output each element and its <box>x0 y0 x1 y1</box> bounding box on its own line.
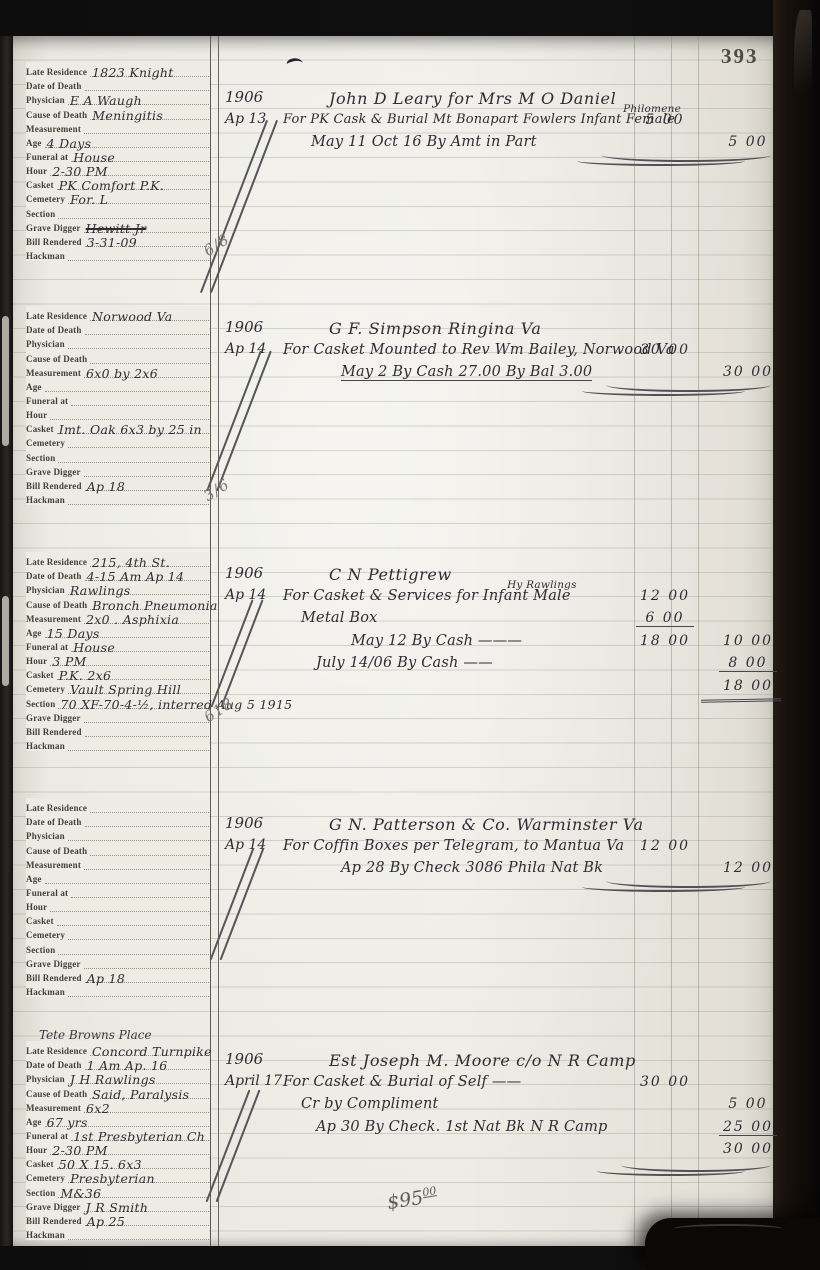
entry-line: 1906G N. Patterson & Co. Warminster Va <box>221 812 773 835</box>
ditto-slash-mark-4 <box>225 844 255 964</box>
dotted-leader <box>57 911 209 926</box>
form-field: Casket <box>26 912 209 926</box>
form-field: CemeteryFor. L <box>26 190 209 204</box>
dotted-leader: 1 Am Ap. 16 <box>85 1055 209 1070</box>
dotted-leader <box>58 447 209 462</box>
dotted-leader: J R Smith <box>84 1197 209 1212</box>
entry-date: 1906 <box>225 88 263 106</box>
dotted-leader <box>68 246 209 261</box>
field-label: Grave Digger <box>26 713 84 723</box>
amount-charge: 12 00 <box>636 838 694 854</box>
entry-line: 18 00 <box>221 675 773 698</box>
field-label: Grave Digger <box>26 959 84 969</box>
dotted-leader: PK Comfort P.K. <box>57 175 209 190</box>
form-field: CemeteryVault Spring Hill <box>26 680 209 694</box>
amount-charge: 30 00 <box>636 342 694 358</box>
field-label: Hackman <box>26 1230 68 1240</box>
form-field: Grave DiggerJ R Smith <box>26 1198 209 1212</box>
field-label: Hackman <box>26 495 68 505</box>
entry-text: For PK Cask & Burial Mt Bonapart Fowlers… <box>283 112 675 127</box>
form-field: CasketP.K. 2x6 <box>26 666 209 680</box>
dotted-leader <box>85 320 209 335</box>
form-field: Cemetery <box>26 926 209 940</box>
dotted-leader: Imt. Oak 6x3 by 25 in <box>57 419 209 434</box>
entry-text-main: For Casket Mounted to Rev Wm Bailey, Nor… <box>283 342 675 358</box>
dotted-leader: Rawlings <box>68 580 209 595</box>
form-field: PhysicianE A Waugh <box>26 91 209 105</box>
form-field: Casket50 X 15. 6x3 <box>26 1155 209 1169</box>
form-field: Cemetery <box>26 434 209 448</box>
dotted-leader: Ap 18 <box>85 968 209 983</box>
dotted-leader <box>85 76 209 91</box>
record-form-5: Late ResidenceConcord TurnpikeDate of De… <box>26 1041 209 1240</box>
amount-payment: 8 00 <box>719 655 777 672</box>
entry-text-main: May 2 By Cash 27.00 By Bal 3.00 <box>341 364 592 380</box>
form-field: Bill RenderedAp 18 <box>26 477 209 491</box>
dotted-leader: 1823 Knight <box>90 62 209 77</box>
ledger-entries-5: 1906Est Joseph M. Moore c/o N R CampApri… <box>221 1048 773 1161</box>
dotted-leader: Vault Spring Hill <box>68 679 209 694</box>
dotted-leader: E A Waugh <box>68 90 209 105</box>
form-field: Grave Digger <box>26 955 209 969</box>
form-field: Hour3 PM <box>26 652 209 666</box>
entry-text-main: Ap 30 By Check. 1st Nat Bk N R Camp <box>316 1119 608 1135</box>
field-label: Cause of Death <box>26 600 90 610</box>
field-label: Age <box>26 874 45 884</box>
dotted-leader: Norwood Va <box>90 306 209 321</box>
amount-charge: 18 00 <box>636 633 694 649</box>
form-field: Grave Digger <box>26 709 209 723</box>
field-label: Age <box>26 628 45 638</box>
dotted-leader <box>90 798 209 813</box>
dotted-leader <box>58 203 209 218</box>
form-field: Bill Rendered3-31-09 <box>26 233 209 247</box>
dotted-leader <box>84 119 209 134</box>
entry-date: 1906 <box>225 318 263 336</box>
form-field: Cause of DeathSaid, Paralysis <box>26 1084 209 1098</box>
entry-text: Metal Box <box>301 610 378 626</box>
entry-superscript: Hy Rawlings <box>507 579 577 591</box>
field-label: Late Residence <box>26 557 90 567</box>
entry-text: Cr by Compliment <box>301 1096 439 1112</box>
dotted-leader: 2-30 PM <box>50 1140 209 1155</box>
dotted-leader: 2-30 PM <box>50 161 209 176</box>
dotted-leader <box>68 982 209 997</box>
entry-line: 1906Est Joseph M. Moore c/o N R Camp <box>221 1048 773 1071</box>
field-label: Late Residence <box>26 803 90 813</box>
dotted-leader: House <box>71 147 209 162</box>
entry-text: Ap 28 By Check 3086 Phila Nat Bk <box>341 860 603 876</box>
form-field: Late ResidenceConcord Turnpike <box>26 1042 209 1056</box>
form-field: Measurement <box>26 856 209 870</box>
form-field: Age4 Days <box>26 134 209 148</box>
form-field: Late ResidenceNorwood Va <box>26 307 209 321</box>
dotted-leader <box>71 883 209 898</box>
entry-date: 1906 <box>225 814 263 832</box>
bottom-total-cents: 00 <box>421 1184 437 1199</box>
form-field: Cause of Death <box>26 349 209 363</box>
field-label: Age <box>26 1117 45 1127</box>
entry-text: For Casket Mounted to Rev Wm Bailey, Nor… <box>283 342 675 358</box>
entry-text-main: July 14/06 By Cash —— <box>316 655 493 671</box>
dotted-leader: 67 yrs <box>45 1112 209 1127</box>
form-field: Funeral atHouse <box>26 148 209 162</box>
entry-text: July 14/06 By Cash —— <box>316 655 493 671</box>
entry-line: July 14/06 By Cash ——8 00 <box>221 652 773 675</box>
dotted-leader: For. L <box>68 189 209 204</box>
entry-line: April 17For Casket & Burial of Self ——30… <box>221 1071 773 1094</box>
dotted-leader: Ap 25 <box>85 1211 209 1226</box>
ditto-slash-mark-3 <box>225 596 255 711</box>
entry-text: May 12 By Cash ——— <box>351 633 522 649</box>
ledger-page: 393 Late Residence1823 KnightDate of Dea… <box>11 36 773 1246</box>
form-field: Bill RenderedAp 25 <box>26 1212 209 1226</box>
field-label: Casket <box>26 1159 57 1169</box>
left-binding-edge <box>0 36 13 1246</box>
field-label: Hackman <box>26 251 68 261</box>
total-scribble-underline <box>701 693 781 702</box>
record-form-2: Late ResidenceNorwood VaDate of DeathPhy… <box>26 306 209 505</box>
form-field: Date of Death4-15 Am Ap 14 <box>26 567 209 581</box>
dotted-leader: Presbyterian <box>68 1168 209 1183</box>
ditto-slash-mark-1 <box>227 114 257 299</box>
entry-text-main: Ap 28 By Check 3086 Phila Nat Bk <box>341 860 603 876</box>
form-field: Physician <box>26 335 209 349</box>
ditto-slash-mark-5 <box>221 1086 251 1206</box>
field-label: Grave Digger <box>26 1202 84 1212</box>
dotted-leader: 215, 4th St. <box>90 552 209 567</box>
entry-line: Ap 14For Casket Mounted to Rev Wm Bailey… <box>221 339 773 362</box>
form-field: Section <box>26 940 209 954</box>
form-field: Hackman <box>26 737 209 751</box>
field-label: Grave Digger <box>26 223 84 233</box>
form-field: Section70 XF-70-4-½, interred Aug 5 1915 <box>26 694 209 708</box>
pen-underline-flourish-2 <box>606 378 771 392</box>
dotted-leader <box>71 391 209 406</box>
entry-text-main: Metal Box <box>301 610 378 626</box>
amount-payment: 5 00 <box>719 134 777 150</box>
form-field: Funeral at <box>26 392 209 406</box>
dotted-leader: 2x0 . Asphixia <box>84 609 209 624</box>
amount-payment: 12 00 <box>719 860 777 876</box>
form-field: Grave DiggerHewitt Jr <box>26 219 209 233</box>
residence-pre-line: Tete Browns Place <box>39 1028 152 1042</box>
dotted-leader: 3 PM <box>50 651 209 666</box>
dotted-leader <box>58 939 209 954</box>
field-label: Section <box>26 209 58 219</box>
form-field: Hour2-30 PM <box>26 1141 209 1155</box>
field-label: Physician <box>26 1074 68 1084</box>
field-label: Age <box>26 382 45 392</box>
amount-payment: 25 00 <box>719 1119 777 1136</box>
field-label: Casket <box>26 916 57 926</box>
entry-text: G F. Simpson Ringina Va <box>329 319 542 338</box>
entry-line: May 12 By Cash ———18 0010 00 <box>221 630 773 653</box>
form-field: Hour <box>26 898 209 912</box>
form-field: Date of Death <box>26 813 209 827</box>
amount-payment: 30 00 <box>719 1141 777 1157</box>
ditto-slash-mark-2 <box>227 346 257 496</box>
dotted-leader <box>45 377 209 392</box>
form-field: Cause of DeathMeningitis <box>26 105 209 119</box>
entry-text-main: G N. Patterson & Co. Warminster Va <box>329 815 644 834</box>
dotted-leader <box>90 348 209 363</box>
entry-line: 1906G F. Simpson Ringina Va <box>221 316 773 339</box>
entry-text-main: Est Joseph M. Moore c/o N R Camp <box>329 1051 636 1070</box>
form-field: Hackman <box>26 983 209 997</box>
entry-text-main: For Coffin Boxes per Telegram, to Mantua… <box>283 838 624 854</box>
field-label: Late Residence <box>26 1046 90 1056</box>
form-field: Hour2-30 PM <box>26 162 209 176</box>
dotted-leader: J H Rawlings <box>68 1069 209 1084</box>
form-field: Hackman <box>26 1226 209 1240</box>
dotted-leader <box>68 736 209 751</box>
form-field: CasketImt. Oak 6x3 by 25 in <box>26 420 209 434</box>
dotted-leader: 70 XF-70-4-½, interred Aug 5 1915 <box>58 693 209 708</box>
amount-charge: 30 00 <box>636 1074 694 1090</box>
form-column-double-rule <box>210 36 219 1246</box>
form-field: Date of Death <box>26 321 209 335</box>
pen-underline-flourish-4 <box>606 874 771 888</box>
entry-line: Ap 30 By Check. 1st Nat Bk N R Camp25 00 <box>221 1116 773 1139</box>
dotted-leader: Ap 18 <box>85 476 209 491</box>
entry-line: Ap 13For PK Cask & Burial Mt Bonapart Fo… <box>221 109 773 132</box>
dotted-leader <box>50 897 209 912</box>
dotted-leader <box>68 925 209 940</box>
dotted-leader <box>84 954 209 969</box>
field-label: Age <box>26 138 45 148</box>
field-label: Grave Digger <box>26 467 84 477</box>
dotted-leader <box>90 840 209 855</box>
page-number: 393 <box>721 44 759 69</box>
form-field: Hackman <box>26 491 209 505</box>
record-form-3: Late Residence215, 4th St.Date of Death4… <box>26 552 209 751</box>
record-form-1: Late Residence1823 KnightDate of DeathPh… <box>26 62 209 261</box>
form-field: Measurement2x0 . Asphixia <box>26 610 209 624</box>
entry-text-main: May 11 Oct 16 By Amt in Part <box>311 134 537 150</box>
field-label: Hour <box>26 656 50 666</box>
entry-text-main: John D Leary for Mrs M O Daniel <box>329 89 616 108</box>
amount-payment: 5 00 <box>719 1096 777 1112</box>
entry-line: Ap 14For Coffin Boxes per Telegram, to M… <box>221 835 773 858</box>
field-label: Casket <box>26 424 57 434</box>
form-field: Cause of DeathBronch Pneumonia <box>26 595 209 609</box>
dotted-leader: 15 Days <box>45 623 209 638</box>
entry-text-main: May 12 By Cash ——— <box>351 633 522 649</box>
form-field: Age15 Days <box>26 624 209 638</box>
dotted-leader: Hewitt Jr <box>84 218 209 233</box>
field-label: Section <box>26 453 58 463</box>
field-label: Hour <box>26 1145 50 1155</box>
entry-text-main: For Casket & Burial of Self —— <box>283 1074 521 1090</box>
ledger-entries-2: 1906G F. Simpson Ringina VaAp 14For Cask… <box>221 316 773 384</box>
dotted-leader <box>68 490 209 505</box>
book-spine-edge <box>773 0 820 1270</box>
form-field: Hackman <box>26 247 209 261</box>
form-field: Grave Digger <box>26 463 209 477</box>
entry-text: Ap 30 By Check. 1st Nat Bk N R Camp <box>316 1119 608 1135</box>
amount-payment: 18 00 <box>719 678 777 694</box>
field-label: Cause of Death <box>26 1089 90 1099</box>
field-label: Physician <box>26 95 68 105</box>
entry-text-main: Cr by Compliment <box>301 1096 439 1112</box>
field-label: Late Residence <box>26 311 90 321</box>
form-field: Age <box>26 870 209 884</box>
dotted-leader <box>68 1225 209 1240</box>
field-label: Section <box>26 945 58 955</box>
entry-text: For Casket & Services for Infant MaleHy … <box>283 588 571 604</box>
dotted-leader <box>50 405 209 420</box>
form-field: Late Residence215, 4th St. <box>26 553 209 567</box>
dotted-leader <box>68 433 209 448</box>
dotted-leader <box>68 826 209 841</box>
entry-date: 1906 <box>225 564 263 582</box>
field-label: Section <box>26 1188 58 1198</box>
dotted-leader: Concord Turnpike <box>90 1041 209 1056</box>
ledger-entries-1: 1906John D Leary for Mrs M O DanielAp 13… <box>221 86 773 154</box>
form-field: Section <box>26 448 209 462</box>
dotted-leader: 4 Days <box>45 133 209 148</box>
field-label: Hour <box>26 410 50 420</box>
bottom-right-clasp <box>645 1218 820 1270</box>
dotted-leader: 6x2 <box>84 1098 209 1113</box>
torn-paper-sliver <box>2 596 9 686</box>
entry-line: Cr by Compliment5 00 <box>221 1093 773 1116</box>
entry-text: G N. Patterson & Co. Warminster Va <box>329 815 644 834</box>
entry-line: 1906John D Leary for Mrs M O Daniel <box>221 86 773 109</box>
entry-text: Est Joseph M. Moore c/o N R Camp <box>329 1051 636 1070</box>
spine-highlight <box>794 10 812 130</box>
entry-text: May 2 By Cash 27.00 By Bal 3.00 <box>341 364 592 381</box>
entry-text: May 11 Oct 16 By Amt in Part <box>311 134 537 150</box>
dotted-leader: Said, Paralysis <box>90 1083 209 1098</box>
entry-text: For Casket & Burial of Self —— <box>283 1074 521 1090</box>
form-field: Measurement6x0 by 2x6 <box>26 364 209 378</box>
form-field: Date of Death1 Am Ap. 16 <box>26 1056 209 1070</box>
dotted-leader: 3-31-09 <box>85 232 209 247</box>
form-field: Bill Rendered <box>26 723 209 737</box>
form-field: PhysicianRawlings <box>26 581 209 595</box>
field-label: Cause of Death <box>26 110 90 120</box>
form-field: PhysicianJ H Rawlings <box>26 1070 209 1084</box>
pen-underline-flourish-1 <box>601 148 771 162</box>
dotted-leader: M&36 <box>58 1182 209 1197</box>
amount-charge: 5 00 <box>636 112 694 128</box>
dotted-leader: Bronch Pneumonia <box>90 594 209 609</box>
entry-text: C N Pettigrew <box>329 565 452 584</box>
field-label: Hour <box>26 902 50 912</box>
form-field: Late Residence1823 Knight <box>26 63 209 77</box>
form-field: Cause of Death <box>26 841 209 855</box>
form-field: Funeral at <box>26 884 209 898</box>
entry-text-main: C N Pettigrew <box>329 565 452 584</box>
entry-text-main: For PK Cask & Burial Mt Bonapart Fowlers… <box>283 112 675 127</box>
form-field: SectionM&36 <box>26 1183 209 1197</box>
field-label: Casket <box>26 180 57 190</box>
dotted-leader <box>84 708 209 723</box>
form-field: Physician <box>26 827 209 841</box>
field-label: Late Residence <box>26 67 90 77</box>
form-field: Date of Death <box>26 77 209 91</box>
form-field: Funeral atHouse <box>26 638 209 652</box>
form-field: Bill RenderedAp 18 <box>26 969 209 983</box>
dotted-leader <box>84 855 209 870</box>
field-label: Physician <box>26 585 68 595</box>
entry-line: 1906C N Pettigrew <box>221 562 773 585</box>
dotted-leader <box>85 812 209 827</box>
entry-text: John D Leary for Mrs M O Daniel <box>329 89 616 108</box>
form-field: CemeteryPresbyterian <box>26 1169 209 1183</box>
form-field: Funeral at1st Presbyterian Ch <box>26 1127 209 1141</box>
dotted-leader: House <box>71 637 209 652</box>
dotted-leader <box>68 334 209 349</box>
amount-payment: 10 00 <box>719 633 777 649</box>
dotted-leader: P.K. 2x6 <box>57 665 209 680</box>
form-field: CasketPK Comfort P.K. <box>26 176 209 190</box>
dotted-leader <box>84 462 209 477</box>
entry-text: For Coffin Boxes per Telegram, to Mantua… <box>283 838 624 854</box>
field-label: Cause of Death <box>26 846 90 856</box>
field-label: Hour <box>26 166 50 176</box>
field-label: Section <box>26 699 58 709</box>
form-field: Age <box>26 378 209 392</box>
entry-text-main: G F. Simpson Ringina Va <box>329 319 542 338</box>
form-field: Section <box>26 204 209 218</box>
field-label: Physician <box>26 831 68 841</box>
field-label: Physician <box>26 339 68 349</box>
dotted-leader: 50 X 15. 6x3 <box>57 1154 209 1169</box>
field-label: Hackman <box>26 741 68 751</box>
amount-charge: 12 00 <box>636 588 694 604</box>
torn-paper-sliver <box>2 316 9 446</box>
amount-charge: 6 00 <box>636 610 694 627</box>
form-field: Measurement6x2 <box>26 1099 209 1113</box>
entry-line: Metal Box6 00 <box>221 607 773 630</box>
dotted-leader: Meningitis <box>90 104 209 119</box>
field-label: Hackman <box>26 987 68 997</box>
entry-date: 1906 <box>225 1050 263 1068</box>
ledger-entries-4: 1906G N. Patterson & Co. Warminster VaAp… <box>221 812 773 880</box>
dotted-leader: 1st Presbyterian Ch <box>71 1126 209 1141</box>
form-field: Measurement <box>26 120 209 134</box>
amount-payment: 30 00 <box>719 364 777 380</box>
dotted-leader: 4-15 Am Ap 14 <box>85 566 209 581</box>
dotted-leader <box>45 869 209 884</box>
dotted-leader <box>85 722 209 737</box>
form-field: Late Residence <box>26 799 209 813</box>
form-field: Age67 yrs <box>26 1113 209 1127</box>
record-form-4: Late ResidenceDate of DeathPhysicianCaus… <box>26 798 209 997</box>
field-label: Casket <box>26 670 57 680</box>
ledger-entries-3: 1906C N PettigrewAp 14For Casket & Servi… <box>221 562 773 697</box>
dotted-leader: 6x0 by 2x6 <box>84 363 209 378</box>
field-label: Cause of Death <box>26 354 90 364</box>
entry-line: Ap 14For Casket & Services for Infant Ma… <box>221 585 773 608</box>
pen-underline-flourish-5 <box>621 1158 771 1172</box>
form-field: Hour <box>26 406 209 420</box>
